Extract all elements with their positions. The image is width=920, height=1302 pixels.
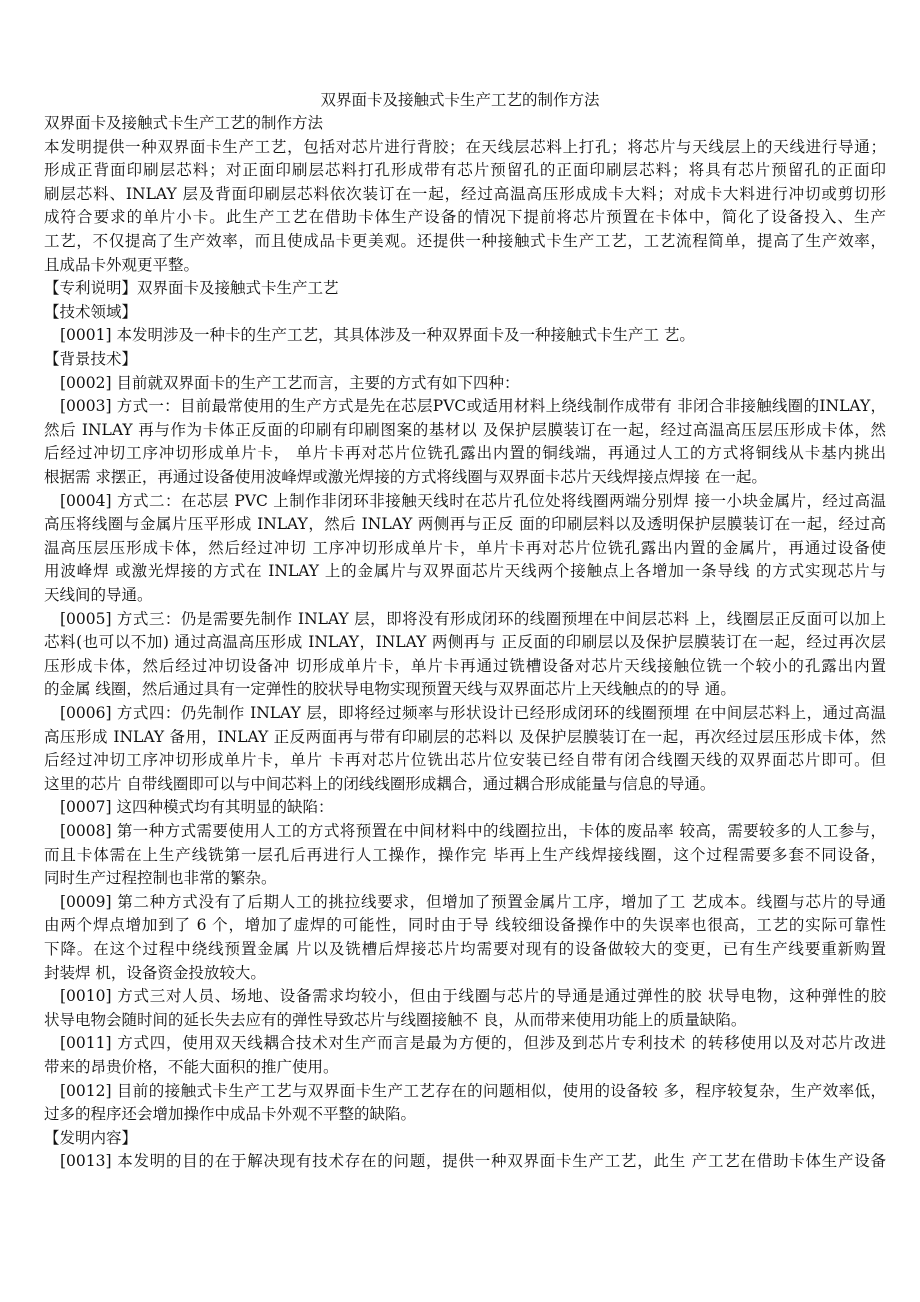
text-line: 形成正背面印刷层芯料；对正面印刷层芯料打孔形成带有芯片预留孔的正面印刷层芯料；将… (44, 159, 886, 181)
paragraph-start: [0010] 方式三对人员、场地、设备需求均较小，但由于线圈与芯片的导通是通过弹… (60, 985, 886, 1007)
text-line: 封装焊 机，设备资金投放较大。 (44, 962, 886, 984)
text-line: 刷层芯料、INLAY 层及背面印刷层芯料依次装订在一起，经过高温高压形成成卡大料… (44, 183, 886, 205)
text-line: 的金属 线圈，然后通过具有一定弹性的胶状导电物实现预置天线与双界面芯片上天线触点… (44, 678, 886, 700)
paragraph-start: [0012] 目前的接触式卡生产工艺与双界面卡生产工艺存在的问题相似，使用的设备… (60, 1080, 886, 1102)
text-line: 用波峰焊 或激光焊接的方式在 INLAY 上的金属片与双界面芯片天线两个接触点上… (44, 560, 886, 582)
document-page: 双界面卡及接触式卡生产工艺的制作方法 双界面卡及接触式卡生产工艺的制作方法本发明… (0, 0, 920, 1302)
text-line: 双界面卡及接触式卡生产工艺的制作方法 (44, 112, 886, 134)
text-line: 过多的程序还会增加操作中成品卡外观不平整的缺陷。 (44, 1103, 886, 1125)
text-line: 芯料(也可以不加) 通过高温高压形成 INLAY，INLAY 两侧再与 正反面的… (44, 631, 886, 653)
paragraph-start: [0003] 方式一：目前最常使用的生产方式是先在芯层PVC或适用材料上绕线制作… (60, 395, 886, 417)
text-line: 成符合要求的单片小卡。此生产工艺在借助卡体生产设备的情况下提前将芯片预置在卡体中… (44, 206, 886, 228)
text-line: 本发明提供一种双界面卡生产工艺，包括对芯片进行背胶；在天线层芯料上打孔；将芯片与… (44, 136, 886, 158)
text-line: 带来的昂贵价格，不能大面积的推广使用。 (44, 1056, 886, 1078)
section-heading: 【背景技术】 (44, 348, 886, 370)
paragraph-start: [0007] 这四种模式均有其明显的缺陷： (60, 796, 886, 818)
text-line: 同时生产过程控制也非常的繁杂。 (44, 867, 886, 889)
text-line: 温高压层压形成卡体，然后经过冲切 工序冲切形成单片卡，单片卡再对芯片位铣孔露出内… (44, 537, 886, 559)
section-heading: 【发明内容】 (44, 1127, 886, 1149)
text-line: 高压形成 INLAY 备用，INLAY 正反两面再与带有印刷层的芯料以 及保护层… (44, 726, 886, 748)
text-line: 高压将线圈与金属片压平形成 INLAY，然后 INLAY 两侧再与正反 面的印刷… (44, 513, 886, 535)
text-line: 工艺，不仅提高了生产效率，而且使成品卡更美观。还提供一种接触式卡生产工艺，工艺流… (44, 230, 886, 252)
paragraph-start: [0004] 方式二：在芯层 PVC 上制作非闭环非接触天线时在芯片孔位处将线圈… (60, 490, 886, 512)
paragraph-start: [0005] 方式三：仍是需要先制作 INLAY 层，即将没有形成闭环的线圈预埋… (60, 608, 886, 630)
text-line: 压形成卡体，然后经过冲切设备冲 切形成单片卡，单片卡再通过铣槽设备对芯片天线接触… (44, 655, 886, 677)
text-line: 下降。在这个过程中绕线预置金属 片以及铣槽后焊接芯片均需要对现有的设备做较大的变… (44, 938, 886, 960)
section-heading: 【专利说明】双界面卡及接触式卡生产工艺 (44, 277, 886, 299)
paragraph-start: [0002] 目前就双界面卡的生产工艺而言，主要的方式有如下四种： (60, 372, 886, 394)
text-line: 根据需 求摆正，再通过设备使用波峰焊或激光焊接的方式将线圈与双界面卡芯片天线焊接… (44, 466, 886, 488)
text-line: 而且卡体需在上生产线铣第一层孔后再进行人工操作，操作完 毕再上生产线焊接线圈，这… (44, 844, 886, 866)
text-line: 由两个焊点增加到了 6 个，增加了虚焊的可能性，同时由于导 线较细设备操作中的失… (44, 914, 886, 936)
text-line: 天线间的导通。 (44, 584, 886, 606)
text-line: 状导电物会随时间的延长失去应有的弹性导致芯片与线圈接触不 良，从而带来使用功能上… (44, 1009, 886, 1031)
text-line: 然后 INLAY 再与作为卡体正反面的印刷有印刷图案的基材以 及保护层膜装订在一… (44, 419, 886, 441)
paragraph-start: [0013] 本发明的目的在于解决现有技术存在的问题，提供一种双界面卡生产工艺，… (60, 1150, 886, 1172)
document-title: 双界面卡及接触式卡生产工艺的制作方法 (0, 89, 920, 111)
paragraph-start: [0006] 方式四：仍先制作 INLAY 层，即将经过频率与形状设计已经形成闭… (60, 702, 886, 724)
paragraph-start: [0011] 方式四，使用双天线耦合技术对生产而言是最为方便的，但涉及到芯片专利… (60, 1032, 886, 1054)
section-heading: 【技术领域】 (44, 301, 886, 323)
text-line: 后经过冲切工序冲切形成单片卡， 单片卡再对芯片位铣孔露出内置的铜线端，再通过人工… (44, 442, 886, 464)
paragraph-start: [0009] 第二种方式没有了后期人工的挑拉线要求，但增加了预置金属片工序，增加… (60, 891, 886, 913)
paragraph-start: [0008] 第一种方式需要使用人工的方式将预置在中间材料中的线圈拉出，卡体的废… (60, 820, 886, 842)
text-line: 后经过冲切工序冲切形成单片卡，单片 卡再对芯片位铣出芯片位安装已经自带有闭合线圈… (44, 749, 886, 771)
text-line: 且成品卡外观更平整。 (44, 254, 886, 276)
paragraph-start: [0001] 本发明涉及一种卡的生产工艺，其具体涉及一种双界面卡及一种接触式卡生… (60, 324, 886, 346)
text-line: 这里的芯片 自带线圈即可以与中间芯料上的闭线线圈形成耦合，通过耦合形成能量与信息… (44, 773, 886, 795)
